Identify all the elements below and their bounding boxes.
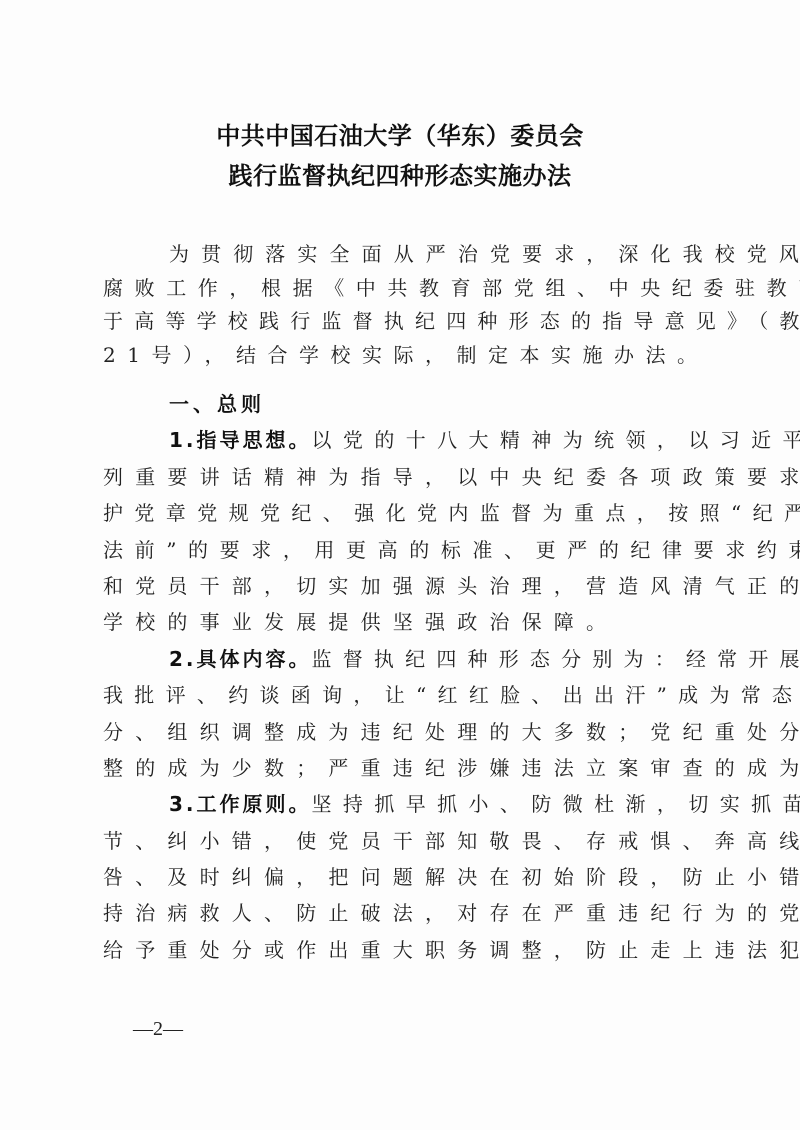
preamble-paragraph: 为贯彻落实全面从严治党要求，深化我校党风廉政建设和反 腐败工作，根据《中共教育部…	[103, 238, 697, 372]
item-line: 整的成为少数；严重违纪涉嫌违法立案审查的成为极少数。	[103, 750, 697, 786]
preamble-line: 于高等学校践行监督执纪四种形态的指导意见》（教党〔2016〕	[103, 305, 697, 339]
item-text: 以党的十八大精神为统领，以习近平总书记系	[312, 428, 800, 452]
item-line: 学校的事业发展提供坚强政治保障。	[103, 604, 697, 640]
item-label: 1.指导思想。	[169, 428, 312, 452]
preamble-line: 腐败工作，根据《中共教育部党组、中央纪委驻教育部纪检组关	[103, 272, 697, 306]
item-guiding-ideology: 1.指导思想。以党的十八大精神为统领，以习近平总书记系	[103, 422, 697, 458]
page-number: —2—	[133, 1018, 183, 1041]
preamble-line: 21号），结合学校实际，制定本实施办法。	[103, 339, 697, 373]
document-page: 中共中国石油大学（华东）委员会 践行监督执纪四种形态实施办法 为贯彻落实全面从严…	[0, 0, 800, 1130]
item-working-principles: 3.工作原则。坚持抓早抓小、防微杜渐，切实抓苗头、管小	[103, 786, 697, 822]
item-line: 持治病救人、防止破法，对存在严重违纪行为的党员干部，依纪	[103, 895, 697, 931]
item-line: 分、组织调整成为违纪处理的大多数；党纪重处分、重大职务调	[103, 714, 697, 750]
item-specific-content: 2.具体内容。监督执纪四种形态分别为：经常开展批评和自	[103, 641, 697, 677]
item-text: 坚持抓早抓小、防微杜渐，切实抓苗头、管小	[312, 792, 800, 816]
item-line: 咎、及时纠偏，把问题解决在初始阶段，防止小错酿成大错；坚	[103, 859, 697, 895]
item-line: 我批评、约谈函询，让“红红脸、出出汗”成为常态；党纪轻处	[103, 677, 697, 713]
section-heading: 一、总则	[103, 386, 697, 422]
item-line: 列重要讲话精神为指导，以中央纪委各项政策要求为遵循，以维	[103, 459, 697, 495]
document-title: 中共中国石油大学（华东）委员会 践行监督执纪四种形态实施办法	[0, 116, 800, 196]
general-provisions-section: 一、总则 1.指导思想。以党的十八大精神为统领，以习近平总书记系 列重要讲话精神…	[103, 386, 697, 968]
item-text: 监督执纪四种形态分别为：经常开展批评和自	[312, 647, 800, 671]
title-line-2: 践行监督执纪四种形态实施办法	[0, 156, 800, 196]
item-line: 法前”的要求，用更高的标准、更严的纪律要求约束各级党组织	[103, 532, 697, 568]
item-line: 护党章党规党纪、强化党内监督为重点，按照“纪严于法、纪在	[103, 495, 697, 531]
item-line: 和党员干部，切实加强源头治理，营造风清气正的育人环境，为	[103, 568, 697, 604]
title-line-1: 中共中国石油大学（华东）委员会	[0, 116, 800, 156]
item-label: 2.具体内容。	[169, 647, 312, 671]
preamble-line: 为贯彻落实全面从严治党要求，深化我校党风廉政建设和反	[103, 238, 697, 272]
item-line: 给予重处分或作出重大职务调整，防止走上违法犯罪的道路；坚	[103, 932, 697, 968]
item-line: 节、纠小错，使党员干部知敬畏、存戒惧、奔高线；坚持动辄则	[103, 823, 697, 859]
item-label: 3.工作原则。	[169, 792, 312, 816]
